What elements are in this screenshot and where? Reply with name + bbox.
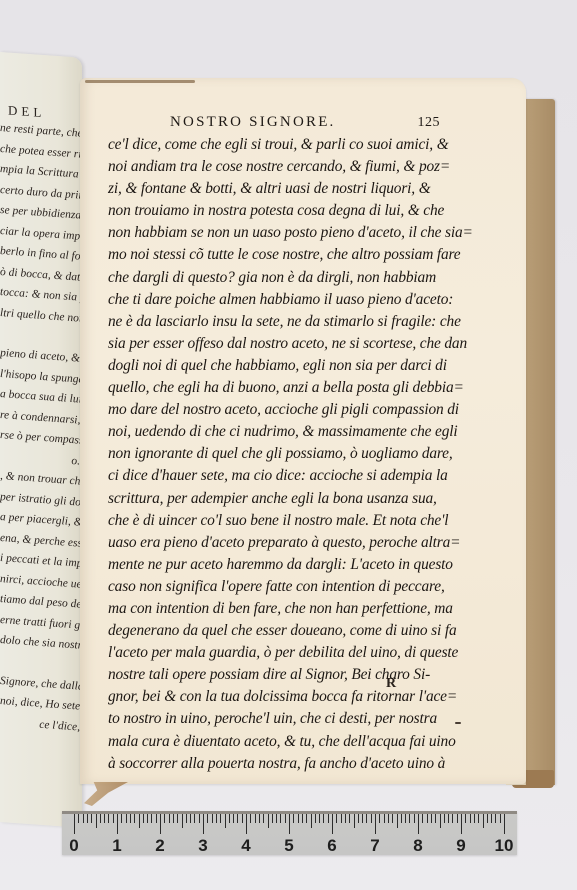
ruler-tick bbox=[216, 814, 217, 823]
ruler-tick bbox=[306, 814, 307, 823]
ruler-tick bbox=[388, 814, 389, 823]
ruler-tick bbox=[461, 814, 462, 834]
ruler-tick bbox=[194, 814, 195, 823]
ruler-label: 5 bbox=[284, 836, 293, 856]
ruler-tick bbox=[147, 814, 148, 823]
ruler-tick bbox=[474, 814, 475, 823]
ruler-tick bbox=[74, 814, 75, 834]
ruler-tick bbox=[91, 814, 92, 823]
text-line: mente ne pur aceto haremmo da dargli: L'… bbox=[108, 554, 440, 576]
ruler-tick bbox=[207, 814, 208, 823]
ruler-tick bbox=[190, 814, 191, 823]
measurement-ruler: 012345678910 bbox=[62, 811, 517, 855]
ruler-tick bbox=[186, 814, 187, 823]
ruler-tick bbox=[491, 814, 492, 823]
ruler-tick bbox=[250, 814, 251, 823]
ruler-label: 3 bbox=[198, 836, 207, 856]
text-line: ne è da lasciarlo insu la sete, ne da st… bbox=[108, 311, 440, 333]
ruler-label: 2 bbox=[155, 836, 164, 856]
ruler-tick bbox=[285, 814, 286, 823]
text-line: scrittura, per adempier anche egli la bo… bbox=[108, 488, 440, 510]
ruler-tick bbox=[349, 814, 350, 823]
running-title: NOSTRO SIGNORE. bbox=[170, 114, 336, 131]
ruler-tick bbox=[173, 814, 174, 823]
ruler-tick bbox=[405, 814, 406, 823]
ruler-tick bbox=[422, 814, 423, 823]
ruler-tick bbox=[293, 814, 294, 823]
text-line: quello, che egli ha di buono, anzi a bel… bbox=[108, 377, 440, 399]
ruler-tick bbox=[336, 814, 337, 823]
ruler-tick bbox=[237, 814, 238, 823]
ruler-tick bbox=[182, 814, 183, 828]
text-line: mo noi stessi cõ tutte le cose nostre, c… bbox=[108, 244, 440, 266]
page-top-stain bbox=[85, 80, 195, 83]
ruler-tick bbox=[427, 814, 428, 823]
ruler-tick bbox=[483, 814, 484, 828]
ruler-label: 8 bbox=[413, 836, 422, 856]
ruler-tick bbox=[280, 814, 281, 823]
text-line: uaso era pieno d'aceto preparato à quest… bbox=[108, 532, 440, 554]
text-line: l'aceto per mala guardia, ò per debilita… bbox=[108, 642, 440, 664]
ruler-tick bbox=[220, 814, 221, 823]
ruler-tick bbox=[397, 814, 398, 828]
text-line: che ti dare poiche almen habbiamo il uas… bbox=[108, 289, 440, 311]
signature-mark: R bbox=[386, 676, 396, 692]
ruler-tick bbox=[246, 814, 247, 834]
ruler-tick bbox=[384, 814, 385, 823]
ruler-label: 1 bbox=[112, 836, 121, 856]
ruler-tick bbox=[379, 814, 380, 823]
text-line: ce'l dice, come che egli si troui, & par… bbox=[108, 134, 440, 156]
ruler-tick bbox=[319, 814, 320, 823]
ruler-tick bbox=[177, 814, 178, 823]
ruler-tick bbox=[401, 814, 402, 823]
ruler-tick bbox=[354, 814, 355, 828]
text-line: caso non significa l'opere fatte con int… bbox=[108, 576, 440, 598]
ruler-tick bbox=[302, 814, 303, 823]
ruler-label: 0 bbox=[69, 836, 78, 856]
ruler-tick bbox=[272, 814, 273, 823]
text-line: ci dice d'hauer sete, ma cio dice: accio… bbox=[108, 465, 440, 487]
book-photograph: DEL ne resti parte, che nonche potea ess… bbox=[0, 0, 577, 890]
ruler-ticks bbox=[62, 814, 517, 838]
ruler-tick bbox=[440, 814, 441, 828]
ruler-tick bbox=[452, 814, 453, 823]
text-line: mala cura è diuentato aceto, & tu, che d… bbox=[108, 731, 440, 753]
ruler-tick bbox=[328, 814, 329, 823]
ruler-tick bbox=[121, 814, 122, 823]
text-line: che dargli di questo? gia non è da dirgl… bbox=[108, 267, 440, 289]
ruler-tick bbox=[311, 814, 312, 828]
ruler-tick bbox=[323, 814, 324, 823]
text-line: dogli noi di quel che habbiamo, egli non… bbox=[108, 355, 440, 377]
ruler-tick bbox=[229, 814, 230, 823]
ruler-tick bbox=[134, 814, 135, 823]
text-line: mo dare del nostro aceto, accioche gli p… bbox=[108, 399, 440, 421]
ruler-tick bbox=[341, 814, 342, 823]
ruler-tick bbox=[366, 814, 367, 823]
text-line: noi, uedendo di che ci nudrimo, & massim… bbox=[108, 421, 440, 443]
text-line: degenerano da quel che esser doueano, co… bbox=[108, 620, 440, 642]
ruler-label: 9 bbox=[456, 836, 465, 856]
text-line: ma con intention di ben fare, che non ha… bbox=[108, 598, 440, 620]
ruler-tick bbox=[298, 814, 299, 823]
ruler-tick bbox=[87, 814, 88, 823]
ruler-tick bbox=[151, 814, 152, 823]
ruler-tick bbox=[409, 814, 410, 823]
text-line: noi andiam tra le cose nostre cercando, … bbox=[108, 156, 440, 178]
ruler-label: 6 bbox=[327, 836, 336, 856]
ruler-tick bbox=[263, 814, 264, 823]
ruler-tick bbox=[444, 814, 445, 823]
ruler-tick bbox=[104, 814, 105, 823]
ruler-label: 10 bbox=[495, 836, 514, 856]
ruler-tick bbox=[143, 814, 144, 823]
ruler-tick bbox=[495, 814, 496, 823]
ruler-tick bbox=[130, 814, 131, 823]
ruler-tick bbox=[392, 814, 393, 823]
ruler-tick bbox=[478, 814, 479, 823]
ruler-tick bbox=[414, 814, 415, 823]
ruler-tick bbox=[139, 814, 140, 828]
text-line: sia per esser offeso dal nostro aceto, n… bbox=[108, 333, 440, 355]
ruler-tick bbox=[255, 814, 256, 823]
ruler-label: 4 bbox=[241, 836, 250, 856]
ruler-tick bbox=[332, 814, 333, 834]
ruler-tick bbox=[276, 814, 277, 823]
ruler-tick bbox=[160, 814, 161, 834]
ruler-tick bbox=[465, 814, 466, 823]
ruler-tick bbox=[242, 814, 243, 823]
text-line: non ignorante di quel che gli possiamo, … bbox=[108, 443, 440, 465]
text-line: non habbiam se non un uaso posto pieno d… bbox=[108, 222, 440, 244]
ruler-tick bbox=[169, 814, 170, 823]
ruler-tick bbox=[164, 814, 165, 823]
ruler-tick bbox=[117, 814, 118, 834]
ruler-tick bbox=[108, 814, 109, 823]
ruler-tick bbox=[362, 814, 363, 823]
ruler-tick bbox=[375, 814, 376, 834]
ruler-tick bbox=[78, 814, 79, 823]
ruler-tick bbox=[83, 814, 84, 823]
ruler-tick bbox=[100, 814, 101, 823]
ruler-tick bbox=[126, 814, 127, 823]
ruler-tick bbox=[203, 814, 204, 834]
text-line: zi, & fontane & botti, & altri uasi de n… bbox=[108, 178, 440, 200]
ruler-tick bbox=[448, 814, 449, 823]
ruler-tick bbox=[418, 814, 419, 834]
ruler-tick bbox=[233, 814, 234, 823]
ruler-tick bbox=[504, 814, 505, 834]
ruler-tick bbox=[113, 814, 114, 823]
ruler-label: 7 bbox=[370, 836, 379, 856]
ruler-tick bbox=[315, 814, 316, 823]
text-line: à soccorrer alla pouerta nostra, fa anch… bbox=[108, 753, 440, 775]
ruler-tick bbox=[268, 814, 269, 828]
ruler-tick bbox=[212, 814, 213, 823]
text-line: non trouiamo in nostra potesta cosa degn… bbox=[108, 200, 440, 222]
bookmark-ribbon bbox=[84, 782, 128, 806]
ruler-tick bbox=[345, 814, 346, 823]
ruler-tick bbox=[500, 814, 501, 823]
ruler-tick bbox=[199, 814, 200, 823]
ruler-tick bbox=[470, 814, 471, 823]
text-line: che è di uincer co'l suo bene il nostro … bbox=[108, 510, 440, 532]
ink-speck bbox=[455, 722, 461, 724]
ruler-tick bbox=[457, 814, 458, 823]
page-number: 125 bbox=[418, 115, 441, 131]
ruler-tick bbox=[225, 814, 226, 828]
ruler-tick bbox=[259, 814, 260, 823]
ruler-tick bbox=[431, 814, 432, 823]
ruler-tick bbox=[435, 814, 436, 823]
ruler-tick bbox=[358, 814, 359, 823]
verso-page: DEL ne resti parte, che nonche potea ess… bbox=[0, 52, 82, 828]
text-line: to nostro in uino, peroche'l uin, che ci… bbox=[108, 708, 440, 730]
ruler-tick bbox=[487, 814, 488, 823]
ruler-tick bbox=[371, 814, 372, 823]
recto-header: NOSTRO SIGNORE. 125 bbox=[170, 114, 440, 134]
ruler-tick bbox=[289, 814, 290, 834]
verso-text-block: ne resti parte, che nonche potea esser r… bbox=[0, 118, 82, 738]
ruler-tick bbox=[156, 814, 157, 823]
ruler-tick bbox=[96, 814, 97, 828]
